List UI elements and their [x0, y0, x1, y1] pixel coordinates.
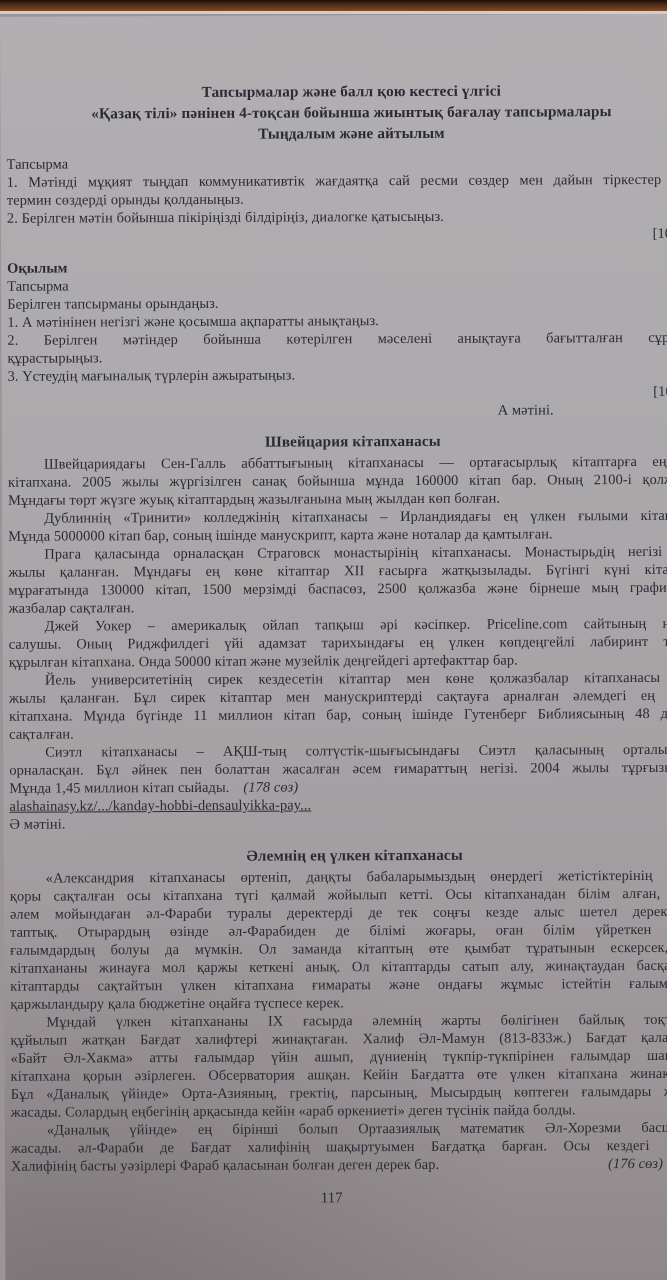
paragraph-line: мұрағатында130000кітап,1500мерзімдібаспа…	[2, 579, 667, 600]
text-b-title: Әлемнің ең үлкен кітапханасы	[4, 845, 667, 868]
text-b-label: Ә мәтіні.	[3, 813, 667, 834]
page-number: 117	[5, 1189, 658, 1209]
source-link: alashainasy.kz/.../kanday-hobbi-densauly…	[9, 797, 311, 814]
paragraph-line: Сиэтлкітапханасы–АҚШ-тыңсолтүстік-шығысы…	[3, 741, 667, 762]
text-a-section: Швейцария кітапханасы ШвейцариядағыСен-Г…	[2, 431, 667, 834]
paragraph-line: салушы.ОныңРиджфилдегіүйіадамзаттарихынд…	[3, 633, 667, 654]
table-edge	[0, 0, 667, 11]
paragraph-line: кітаптардысақтайтынүлкенкітапханағимарат…	[4, 975, 667, 996]
paragraph-line-text: Мұнда 1,45 миллион кітап сыйады.	[9, 780, 229, 797]
paper-sheet: Тапсырмалар және балл қою кестесі үлгісі…	[0, 14, 667, 1280]
doc-header-line: Тапсырмалар және балл қою кестесі үлгісі	[0, 80, 667, 104]
listening-section: Тапсырма 1.Мәтіндімұқияттыңдапкоммуникат…	[1, 153, 667, 246]
task-line: 1.Мәтіндімұқияттыңдапкоммуникативтікжағд…	[1, 171, 667, 192]
paragraph-line: Йельуниверситетініңсиреккездесетінкітапт…	[3, 669, 667, 690]
document-photo: { "page": { "paper_hex": "#aca8ab", "tab…	[0, 0, 667, 1280]
paragraph-line: Халифінің басты уәзірлері Фараб қаласына…	[5, 1155, 667, 1176]
doc-header-line: Тыңдалым және айтылым	[0, 122, 667, 146]
score-value: [10]	[1, 225, 667, 246]
paragraph-line: жасады.әл-ФарабидеБағдатхалифініңшақырту…	[5, 1137, 667, 1158]
paragraph-line: кітапхана.Мұндабүгінде11миллионкітапбар,…	[3, 705, 667, 726]
photo-frame: Тапсырмалар және балл қою кестесі үлгісі…	[0, 0, 667, 1280]
paragraph-line: кітапхана.2005жылыжүргізілгенсанақбойынш…	[2, 471, 667, 492]
text-a-label: А мәтіні.	[2, 401, 667, 422]
paragraph-line-text: Халифінің басты уәзірлері Фараб қаласына…	[11, 1156, 439, 1176]
task-line: 2.Берілгенмәтіндербойыншакөтерілгенмәсел…	[1, 329, 667, 350]
paragraph-line: «Александриякітапханасыөртеніп,даңқтыбаб…	[4, 867, 667, 888]
text-a-title: Швейцария кітапханасы	[2, 431, 667, 454]
doc-header-line: «Қазақ тілі» пәнінен 4-тоқсан бойынша жи…	[0, 101, 667, 125]
paragraph-line: құйылыпжатқанБағдатхалифтеріжинақтаған.Х…	[4, 1029, 667, 1050]
text-b-section: Әлемнің ең үлкен кітапханасы «Александри…	[4, 845, 667, 1176]
reading-section: Оқылым Тапсырма Берілген тапсырманы орын…	[1, 257, 667, 422]
doc-header: Тапсырмалар және балл қою кестесі үлгісі…	[0, 80, 667, 146]
word-count: (178 сөз)	[243, 779, 298, 795]
word-count: (176 сөз)	[608, 1155, 663, 1173]
